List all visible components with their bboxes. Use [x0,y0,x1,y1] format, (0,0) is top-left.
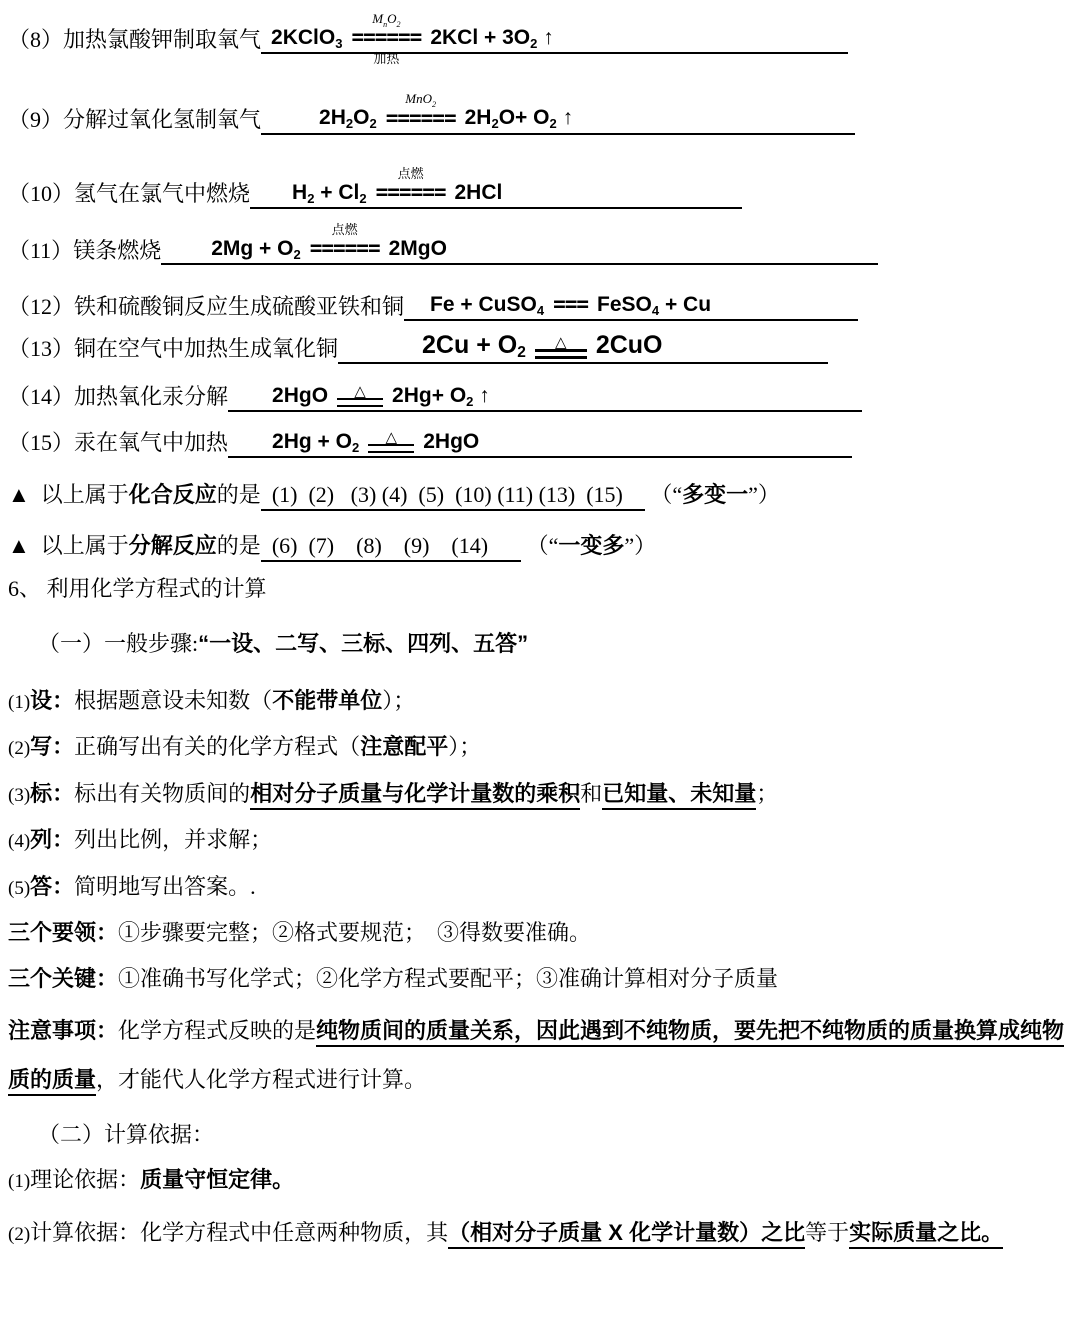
equation-lhs: 2Cu + O2 [422,331,526,362]
double-line-equals [337,398,383,407]
answer-list: (1) (2) (3) (4) (5) (10) (11) (13) (15) [261,482,645,511]
text-segment: (5) [8,878,30,899]
equation-rhs: 2HCl [455,181,503,207]
equation-lhs: 2HgO [272,384,328,410]
text-segment: 标出有关物质间的 [74,781,250,806]
condition-above: 点燃 [332,223,358,237]
text-segment: 分解反应 [129,533,217,558]
calc-basis-heading: （二）计算依据： [8,1118,1070,1151]
text-segment: 列出比例，并求解； [74,827,272,852]
condition-above: 点燃 [398,167,424,181]
equals-sign: ====== [310,238,380,263]
equals-sign: ====== [351,27,421,52]
equation-lhs: H2 + Cl2 [292,181,367,207]
equation-title: 加热氯酸钾制取氧气 [63,25,261,55]
text-segment: 简明地写出答案。. [74,874,256,899]
text-segment: (1) [8,692,30,713]
theoretical-basis: (1)理论依据：质量守恒定律。 [8,1163,1070,1197]
answer-blank: 2Hg + O2△2HgO [228,426,852,458]
text-segment: ）； [448,734,481,759]
text-segment: 写： [30,734,74,759]
text-segment: 等于 [805,1220,849,1245]
equation-rhs: FeSO4 + Cu [597,293,711,319]
answer-blank: 2KClO3MnO2======加热2KCl + 3O2 ↑ [261,12,848,54]
equation-row-15: （15）汞在氧气中加热2Hg + O2△2HgO [8,426,1070,458]
equation-content: 2HgO△2Hg+ O2 ↑ [228,384,490,410]
equation-number: （14） [8,382,74,412]
equation-row-12: （12）铁和硫酸铜反应生成硫酸亚铁和铜Fe + CuSO4===FeSO4 + … [8,289,1070,321]
text-segment: 标： [30,781,74,806]
equation-title: 分解过氧化氢制氧气 [63,105,261,135]
text-segment: 注意事项： [8,1018,118,1043]
three-keys: 三个关键：①准确书写化学式；②化学方程式要配平；③准确计算相对分子质量 [8,962,1070,995]
delta-heat-icon: △ [555,335,567,350]
text-segment: ”） [748,482,780,507]
decomposition-reaction-line: ▲ 以上属于分解反应的是 (6) (7) (8) (9) (14) （“一变多”… [8,529,1070,562]
text-segment: 三个要领： [8,920,118,945]
equation-content: 2Cu + O2△2CuO [338,331,662,362]
text-segment: （“ [645,482,682,507]
equation-content: 2H2O2MnO2======2H2O+ O2 ↑ [261,92,573,132]
equation-title: 加热氧化汞分解 [74,382,228,412]
equation-lhs: 2Hg + O2 [272,430,359,456]
text-segment: 相对分子质量与化学计量数的乘积 [250,781,580,810]
text-segment: 的是 [217,533,261,558]
equation-rhs: 2CuO [596,331,663,362]
paragraph-list: ▲ 以上属于化合反应的是 (1) (2) (3) (4) (5) (10) (1… [8,478,1070,1257]
equation-content: 2KClO3MnO2======加热2KCl + 3O2 ↑ [261,12,554,52]
equation-sign: △ [368,430,414,456]
compound-reaction-line: ▲ 以上属于化合反应的是 (1) (2) (3) (4) (5) (10) (1… [8,478,1070,511]
equation-number: （13） [8,334,74,364]
equation-title: 镁条燃烧 [73,236,161,266]
equation-lhs: Fe + CuSO4 [430,293,544,319]
text-segment: ； [756,781,778,806]
triangle-bullet-text: ▲ 以上属于 [8,482,129,507]
equals-sign: ====== [376,182,446,207]
condition-above: MnO2 [372,12,400,26]
equation-number: （15） [8,428,74,458]
text-segment: 多变一 [682,482,748,507]
equation-sign: 点燃====== [310,223,380,263]
equation-rhs: 2Hg+ O2 ↑ [392,384,490,410]
delta-heat-icon: △ [385,430,397,445]
text-segment: 已知量、未知量 [602,781,756,810]
answer-blank: H2 + Cl2点燃======2HCl [250,167,742,209]
text-segment: 计算依据：化学方程式中任意两种物质，其 [30,1220,448,1245]
answer-blank: 2Cu + O2△2CuO [338,331,828,364]
equation-content: Fe + CuSO4===FeSO4 + Cu [404,293,711,319]
text-segment: ①准确书写化学式；②化学方程式要配平；③准确计算相对分子质量 [118,966,778,991]
equation-sign: △ [337,384,383,410]
text-segment: (1) [8,1171,30,1192]
step-3-biao: (3)标：标出有关物质间的相对分子质量与化学计量数的乘积和已知量、未知量； [8,777,1070,811]
answer-list: (6) (7) (8) (9) (14) [261,533,521,562]
condition-above: MnO2 [405,92,436,106]
double-line-equals [535,349,587,359]
text-segment: 一变多 [558,533,624,558]
text-segment: ，才能代人化学方程式进行计算。 [96,1067,426,1092]
equation-row-8: （8）加热氯酸钾制取氧气2KClO3MnO2======加热2KCl + 3O2… [8,12,1070,54]
step-5-da: (5)答：简明地写出答案。. [8,870,1070,904]
equation-title: 铜在空气中加热生成氧化铜 [74,334,338,364]
general-steps-heading: （一）一般步骤:“一设、二写、三标、四列、五答” [8,627,1070,660]
equation-row-10: （10）氢气在氯气中燃烧H2 + Cl2点燃======2HCl [8,167,1070,209]
text-segment: 实际质量之比。 [849,1220,1003,1249]
text-segment: “一设、二写、三标、四列、五答” [198,631,528,656]
text-segment: ）； [382,688,415,713]
text-segment: 6、 利用化学方程式的计算 [8,576,267,601]
equation-row-14: （14）加热氧化汞分解2HgO△2Hg+ O2 ↑ [8,380,1070,412]
equation-number: （9） [8,105,63,135]
text-segment: 注意配平 [360,734,448,759]
text-segment: （相对分子质量 X 化学计量数）之比 [448,1220,805,1249]
text-segment: 不能带单位 [272,688,382,713]
condition-below: 加热 [373,52,399,67]
equation-content: H2 + Cl2点燃======2HCl [250,167,502,207]
equation-row-9: （9）分解过氧化氢制氧气2H2O2MnO2======2H2O+ O2 ↑ [8,92,1070,134]
equation-number: （10） [8,179,74,209]
answer-blank: 2Mg + O2点燃======2MgO [161,223,878,265]
equation-title: 氢气在氯气中燃烧 [74,179,250,209]
equals-sign: === [553,294,588,319]
text-segment: （一）一般步骤: [38,631,198,656]
step-2-xie: (2)写：正确写出有关的化学方程式（注意配平）； [8,730,1070,764]
text-segment: 答： [30,874,74,899]
equation-rhs: 2H2O+ O2 ↑ [465,106,573,132]
answer-blank: 2H2O2MnO2======2H2O+ O2 ↑ [261,92,855,134]
equation-content: 2Hg + O2△2HgO [228,430,479,456]
equation-sign: === [553,294,588,319]
text-segment: 设： [30,688,74,713]
equation-sign: △ [535,335,587,362]
calculation-basis: (2)计算依据：化学方程式中任意两种物质，其（相对分子质量 X 化学计量数）之比… [8,1209,1070,1257]
text-segment: 质量守恒定律。 [140,1167,294,1192]
document-page: （8）加热氯酸钾制取氧气2KClO3MnO2======加热2KCl + 3O2… [0,0,1080,1334]
text-segment: 化学方程式反映的是 [118,1018,316,1043]
double-line-equals [368,444,414,453]
equation-row-13: （13）铜在空气中加热生成氧化铜2Cu + O2△2CuO [8,331,1070,364]
text-segment: (4) [8,831,30,852]
equation-list: （8）加热氯酸钾制取氧气2KClO3MnO2======加热2KCl + 3O2… [8,12,1070,458]
equation-number: （11） [8,236,73,266]
text-segment: 理论依据： [30,1167,140,1192]
text-segment: (3) [8,785,30,806]
answer-blank: Fe + CuSO4===FeSO4 + Cu [404,289,858,321]
equation-rhs: 2MgO [389,237,447,263]
text-segment: (2) [8,1224,30,1245]
equation-sign: MnO2======加热 [351,12,421,52]
equation-title: 汞在氧气中加热 [74,428,228,458]
equation-sign: MnO2====== [386,92,456,132]
text-segment: 的是 [217,482,261,507]
text-segment: （二）计算依据： [38,1122,214,1147]
step-4-lie: (4)列：列出比例，并求解； [8,823,1070,857]
text-segment: 根据题意设未知数（ [74,688,272,713]
section-6-heading: 6、 利用化学方程式的计算 [8,572,1070,605]
delta-heat-icon: △ [354,384,366,399]
equation-row-11: （11）镁条燃烧2Mg + O2点燃======2MgO [8,223,1070,265]
three-essentials: 三个要领：①步骤要完整；②格式要规范； ③得数要准确。 [8,916,1070,949]
step-1-she: (1)设：根据题意设未知数（不能带单位）； [8,684,1070,718]
text-segment: 列： [30,827,74,852]
answer-blank: 2HgO△2Hg+ O2 ↑ [228,380,862,412]
equation-number: （12） [8,292,74,322]
text-segment: （“ [521,533,558,558]
equation-content: 2Mg + O2点燃======2MgO [161,223,447,263]
equation-rhs: 2KCl + 3O2 ↑ [430,26,553,52]
text-segment: 正确写出有关的化学方程式（ [74,734,360,759]
text-segment: ”） [624,533,656,558]
equation-rhs: 2HgO [423,430,479,456]
equation-number: （8） [8,25,63,55]
equation-lhs: 2KClO3 [271,26,342,52]
equation-lhs: 2Mg + O2 [211,237,301,263]
text-segment: 化合反应 [129,482,217,507]
text-segment: ①步骤要完整；②格式要规范； ③得数要准确。 [118,920,591,945]
equals-sign: ====== [386,108,456,133]
triangle-bullet-text: ▲ 以上属于 [8,533,129,558]
notes: 注意事项：化学方程式反映的是纯物质间的质量关系，因此遇到不纯物质，要先把不纯物质… [8,1007,1070,1104]
equation-lhs: 2H2O2 [319,106,377,132]
text-segment: 和 [580,781,602,806]
equation-title: 铁和硫酸铜反应生成硫酸亚铁和铜 [74,292,404,322]
text-segment: 三个关键： [8,966,118,991]
equation-sign: 点燃====== [376,167,446,207]
text-segment: (2) [8,738,30,759]
